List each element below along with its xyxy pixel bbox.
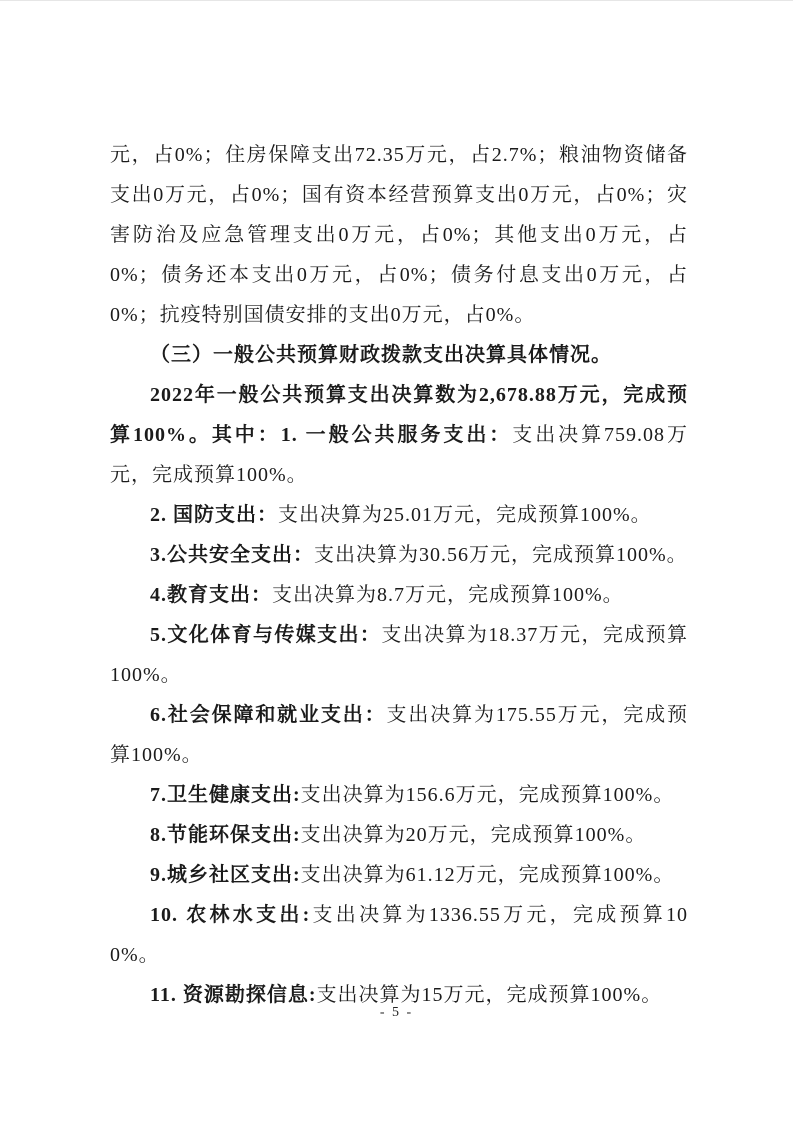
page-number: - 5 - [0, 1005, 793, 1021]
list-item-6-social-security-employment: 6.社会保障和就业支出：支出决算为175.55万元，完成预算100%。 [110, 695, 688, 775]
text-run-bold: 10. 农林水支出: [150, 904, 310, 926]
text-run: 支出决算为30.56万元，完成预算100%。 [314, 544, 688, 566]
text-run-bold: （三）一般公共预算财政拨款支出决算具体情况。 [150, 344, 612, 366]
list-item-5-culture-sports-media: 5.文化体育与传媒支出：支出决算为18.37万元，完成预算100%。 [110, 615, 688, 695]
text-run: 支出决算为25.01万元，完成预算100%。 [278, 504, 652, 526]
text-run: 支出决算为61.12万元，完成预算100%。 [301, 864, 675, 886]
document-body: 元，占0%；住房保障支出72.35万元，占2.7%；粮油物资储备支出0万元，占0… [110, 135, 688, 1015]
list-item-10-agriculture-forestry-water: 10. 农林水支出:支出决算为1336.55万元，完成预算100%。 [110, 895, 688, 975]
text-run-bold: 4.教育支出： [150, 584, 272, 606]
text-run-bold: 9.城乡社区支出: [150, 864, 301, 886]
list-item-2-national-defense: 2. 国防支出：支出决算为25.01万元，完成预算100%。 [110, 495, 688, 535]
list-item-7-health: 7.卫生健康支出:支出决算为156.6万元，完成预算100%。 [110, 775, 688, 815]
list-item-3-public-security: 3.公共安全支出：支出决算为30.56万元，完成预算100%。 [110, 535, 688, 575]
section-heading: （三）一般公共预算财政拨款支出决算具体情况。 [110, 335, 688, 375]
body-paragraph-continuation: 元，占0%；住房保障支出72.35万元，占2.7%；粮油物资储备支出0万元，占0… [110, 135, 688, 335]
text-run: 支出决算为20万元，完成预算100%。 [301, 824, 647, 846]
text-run-bold: 6.社会保障和就业支出： [150, 704, 387, 726]
list-item-1-total-and-general-public-services: 2022年一般公共预算支出决算数为2,678.88万元，完成预算100%。其中：… [110, 375, 688, 495]
text-run-bold: 2. 国防支出： [150, 504, 278, 526]
text-run-bold: 8.节能环保支出: [150, 824, 301, 846]
text-run-bold: 7.卫生健康支出: [150, 784, 301, 806]
text-run-bold: 3.公共安全支出： [150, 544, 314, 566]
list-item-9-urban-rural-community: 9.城乡社区支出:支出决算为61.12万元，完成预算100%。 [110, 855, 688, 895]
text-run: 支出决算为156.6万元，完成预算100%。 [301, 784, 675, 806]
text-run: 支出决算为15万元，完成预算100%。 [317, 984, 663, 1006]
text-run: 元，占0%；住房保障支出72.35万元，占2.7%；粮油物资储备支出0万元，占0… [110, 144, 688, 326]
text-run-bold: 5.文化体育与传媒支出： [150, 624, 381, 646]
text-run-bold: 11. 资源勘探信息: [150, 984, 317, 1006]
list-item-8-energy-conservation: 8.节能环保支出:支出决算为20万元，完成预算100%。 [110, 815, 688, 855]
list-item-4-education: 4.教育支出：支出决算为8.7万元，完成预算100%。 [110, 575, 688, 615]
document-page: 元，占0%；住房保障支出72.35万元，占2.7%；粮油物资储备支出0万元，占0… [0, 0, 793, 1122]
text-run: 支出决算为8.7万元，完成预算100%。 [272, 584, 624, 606]
